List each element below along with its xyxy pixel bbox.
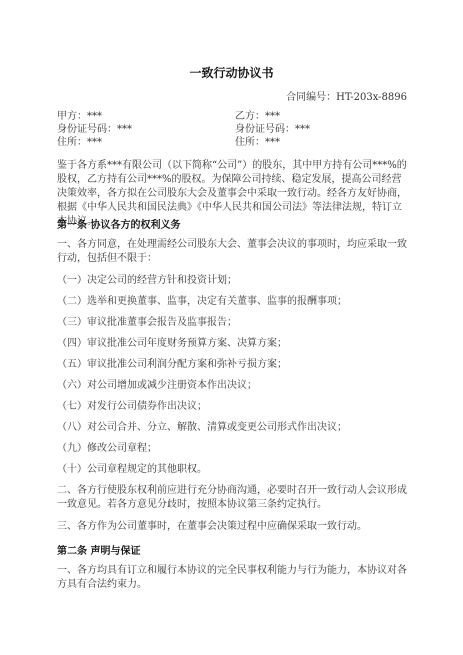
party-b-address: 住所：*** <box>235 136 310 149</box>
list-item: （十）公司章程规定的其他职权。 <box>57 463 207 477</box>
article2-heading: 第二条 声明与保证 <box>57 545 409 559</box>
list-item: （二）选举和更换董事、监事，决定有关董事、监事的报酬事项； <box>57 295 347 309</box>
document-page: 一致行动协议书 合同编号：HT-203x-8896 甲方：*** 身份证号码：*… <box>0 0 463 655</box>
document-title: 一致行动协议书 <box>0 64 463 81</box>
list-item: （四）审议批准公司年度财务预算方案、决算方案； <box>57 337 287 351</box>
contract-number: 合同编号：HT-203x-8896 <box>286 88 407 103</box>
party-a-address: 住所：*** <box>57 136 132 149</box>
party-a-id-number: 身份证号码：*** <box>57 123 132 136</box>
list-item: （九）修改公司章程； <box>57 442 157 456</box>
article1-clause3: 三、各方作为公司董事时，在董事会决策过程中应确保采取一致行动。 <box>57 520 409 534</box>
party-a-info: 甲方：*** 身份证号码：*** 住所：*** <box>57 110 132 149</box>
list-item: （八）对公司合并、分立、解散、清算或变更公司形式作出决议； <box>57 421 347 435</box>
article1-clause2: 二、各方行使股东权利前应进行充分协商沟通，必要时召开一致行动人会议形成一致意见。… <box>57 484 409 512</box>
list-item: （七）对发行公司债券作出决议； <box>57 400 207 414</box>
article1-clause2-text: 二、各方行使股东权利前应进行充分协商沟通，必要时召开一致行动人会议形成一致意见。… <box>57 484 409 512</box>
list-item: （五）审议批准公司利润分配方案和弥补亏损方案； <box>57 358 287 372</box>
party-b-info: 乙方：*** 身份证号码：*** 住所：*** <box>235 110 310 149</box>
party-b-id-number: 身份证号码：*** <box>235 123 310 136</box>
party-b-name: 乙方：*** <box>235 110 310 123</box>
article2-clause1-text: 一、各方均具有订立和履行本协议的完全民事权利能力与行为能力，本协议对各方具有合法… <box>57 564 409 592</box>
list-item: （三）审议批准董事会报告及监事报告； <box>57 316 237 330</box>
article1-clause1-text: 一、各方同意，在处理需经公司股东大会、董事会决议的事项时，均应采取一致行动，包括… <box>57 238 409 266</box>
article1-clause3-text: 三、各方作为公司董事时，在董事会决策过程中应确保采取一致行动。 <box>57 520 409 534</box>
list-item: （一）决定公司的经营方针和投资计划； <box>57 274 237 288</box>
party-a-name: 甲方：*** <box>57 110 132 123</box>
article1-heading: 第一条 协议各方的权利义务 <box>57 219 409 233</box>
list-item: （六）对公司增加或减少注册资本作出决议； <box>57 379 257 393</box>
article2-clause1: 一、各方均具有订立和履行本协议的完全民事权利能力与行为能力，本协议对各方具有合法… <box>57 564 409 592</box>
article1-clause1: 一、各方同意，在处理需经公司股东大会、董事会决议的事项时，均应采取一致行动，包括… <box>57 238 409 266</box>
